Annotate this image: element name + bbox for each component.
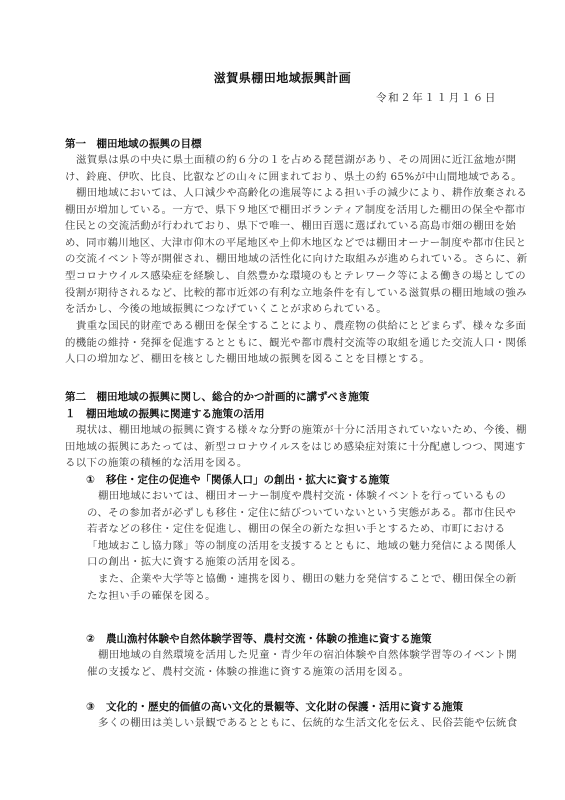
text-line: 的機能の維持・発揮を促進するとともに、観光や都市農村交流等の取組を通じた交流人口… — [65, 335, 505, 352]
document-title: 滋賀県棚田地域振興計画 — [0, 69, 565, 86]
text-line: 棚田地域においては、人口減少や高齢化の進展等による担い手の減少により、耕作放棄さ… — [65, 185, 505, 202]
section-1-heading: 第一 棚田地域の振興の目標 — [65, 137, 202, 151]
text-line: の交流イベント等が開催され、棚田地域の活性化に向けた取組みが進められている。さら… — [65, 251, 505, 268]
text-line: たな担い手の確保を図る。 — [87, 588, 507, 605]
text-line: 滋賀県は県の中央に県土面積の約６分の１を占める琵琶湖があり、その周囲に近江盆地が… — [65, 152, 505, 169]
text-line: け、鈴鹿、伊吹、比良、比叡などの山々に囲まれており、県土の約 65%が中山間地域… — [65, 169, 505, 186]
item-2-title: 農山漁村体験や自然体験学習等、農村交流・体験の推進に資する施策 — [106, 632, 432, 646]
item-1-paragraph-1: 棚田地域においては、棚田オーナー制度や農村交流・体験イベントを行っているもの の… — [87, 488, 507, 571]
item-1-paragraph-2: また、企業や大学等と協働・連携を図り、棚田の魅力を発信することで、棚田保全の新 … — [87, 571, 507, 604]
text-line: 型コロナウイルス感染症を経験し、自然豊かな環境のもとテレワーク等による働きの場と… — [65, 268, 505, 285]
text-line: の、その参加者が必ずしも移住・定住に結びついていないという実態がある。都市住民や — [87, 505, 507, 522]
subsection-1-heading: １ 棚田地域の振興に関連する施策の活用 — [65, 407, 265, 421]
text-line: 役割が期待されるなど、比較的都市近郊の有利な立地条件を有している滋賀県の棚田地域… — [65, 285, 505, 302]
item-2-number: ② — [86, 632, 95, 646]
item-2-paragraph-1: 棚田地域の自然環境を活用した児童・青少年の宿泊体験や自然体験学習等のイベント開 … — [87, 647, 507, 680]
text-line: 棚田が増加している。一方で、県下９地区で棚田ボランティア制度を活用した棚田の保全… — [65, 202, 505, 219]
text-line: 若者などの移住・定住を促進し、棚田の保全の新たな担い手とするため、市町における — [87, 521, 507, 538]
section-1-paragraph-1: 滋賀県は県の中央に県土面積の約６分の１を占める琵琶湖があり、その周囲に近江盆地が… — [65, 152, 505, 185]
text-line: 「地域おこし協力隊」等の制度の活用を支援するとともに、地域の魅力発信による関係人 — [87, 538, 507, 555]
text-line: め、同市鵜川地区、大津市仰木の平尾地区や上仰木地区などでは棚田オーナー制度や都市… — [65, 235, 505, 252]
text-line: 棚田地域においては、棚田オーナー制度や農村交流・体験イベントを行っているもの — [87, 488, 507, 505]
text-line: る以下の施策の積極的な活用を図る。 — [65, 455, 505, 472]
document-page: 滋賀県棚田地域振興計画 令和２年１１月１６日 第一 棚田地域の振興の目標 滋賀県… — [0, 0, 565, 800]
text-line: 人口の増加など、棚田を核とした棚田地域の振興を図ることを目標とする。 — [65, 351, 505, 368]
text-line: 現状は、棚田地域の振興に資する様々な分野の施策が十分に活用されていないため、今後… — [65, 422, 505, 439]
subsection-1-intro: 現状は、棚田地域の振興に資する様々な分野の施策が十分に活用されていないため、今後… — [65, 422, 505, 472]
text-line: また、企業や大学等と協働・連携を図り、棚田の魅力を発信することで、棚田保全の新 — [87, 571, 507, 588]
section-2-heading: 第二 棚田地域の振興に関し、総合的かつ計画的に講ずべき施策 — [65, 390, 369, 404]
section-1-paragraph-2: 棚田地域においては、人口減少や高齢化の進展等による担い手の減少により、耕作放棄さ… — [65, 185, 505, 318]
text-line: 多くの棚田は美しい景観であるとともに、伝統的な生活文化を伝え、民俗芸能や伝統食 — [87, 715, 507, 732]
document-date: 令和２年１１月１６日 — [376, 90, 497, 105]
item-1-title: 移住・定住の促進や「関係人口」の創出・拡大に資する施策 — [106, 473, 390, 487]
text-line: 口の創出・拡大に資する施策の活用を図る。 — [87, 554, 507, 571]
text-line: を活かし、今後の地域振興につなげていくことが求められている。 — [65, 301, 505, 318]
text-line: 住民との交流活動が行われており、県下で唯一、棚田百選に選ばれている高島市畑の棚田… — [65, 218, 505, 235]
text-line: 貴重な国民的財産である棚田を保全することにより、農産物の供給にとどまらず、様々な… — [65, 318, 505, 335]
item-1-number: ① — [86, 473, 95, 487]
text-line: 田地域の振興にあたっては、新型コロナウイルスをはじめ感染症対策に十分配慮しつつ、… — [65, 439, 505, 456]
section-1-paragraph-3: 貴重な国民的財産である棚田を保全することにより、農産物の供給にとどまらず、様々な… — [65, 318, 505, 368]
item-3-title: 文化的・歴史的価値の高い文化的景観等、文化財の保護・活用に資する施策 — [106, 700, 463, 714]
item-3-number: ③ — [86, 700, 95, 714]
text-line: 催の支援など、農村交流・体験の推進に資する施策の活用を図る。 — [87, 664, 507, 681]
text-line: 棚田地域の自然環境を活用した児童・青少年の宿泊体験や自然体験学習等のイベント開 — [87, 647, 507, 664]
item-3-paragraph-1: 多くの棚田は美しい景観であるとともに、伝統的な生活文化を伝え、民俗芸能や伝統食 — [87, 715, 507, 732]
